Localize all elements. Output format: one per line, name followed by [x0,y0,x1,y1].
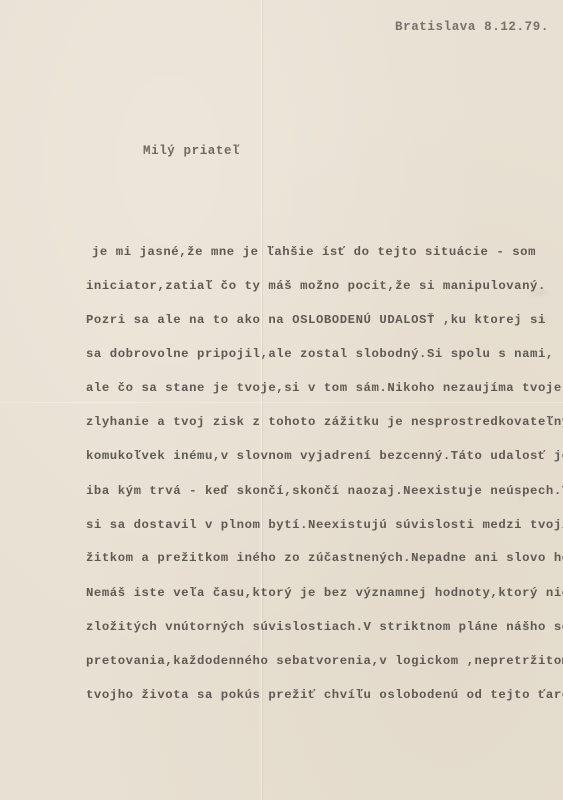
letter-line: ale čo sa stane je tvoje,si v tom sám.Ni… [86,381,562,395]
letter-line: pretovania,každodenného sebatvorenia,v l… [86,654,563,668]
letter-line: zlyhanie a tvoj zisk z tohoto zážitku je… [86,415,563,429]
vertical-fold-line [261,0,262,800]
letter-line: sa dobrovolne pripojil,ale zostal slobod… [86,347,554,361]
letter-line: iniciator,zatiaľ čo ty máš možno pocit,ž… [86,279,546,293]
letter-page: Bratislava 8.12.79. Milý priateľ je mi j… [0,0,563,800]
letter-line: je mi jasné,že mne je ľahšie ísť do tejt… [92,245,536,259]
letter-line: Nemáš iste veľa času,ktorý je bez význam… [86,586,563,600]
letter-line: komukoľvek inému,v slovnom vyjadrení bez… [86,449,563,463]
letter-line: iba kým trvá - keď skončí,skončí naozaj.… [86,484,563,498]
letter-line: si sa dostavil v plnom bytí.Neexistujú s… [86,518,563,532]
letter-line: tvojho života sa pokús prežiť chvíľu osl… [86,688,563,702]
letter-line: žitkom a prežitkom iného zo zúčastnených… [86,551,563,565]
place-and-date: Bratislava 8.12.79. [395,20,549,34]
letter-line: Pozri sa ale na to ako na OSLOBODENÚ UDA… [86,313,546,327]
paper-smudge [520,498,523,501]
horizontal-fold-line [0,402,563,403]
letter-line: zložitých vnútorných súvislostiach.V str… [86,620,563,634]
salutation: Milý priateľ [143,144,240,158]
